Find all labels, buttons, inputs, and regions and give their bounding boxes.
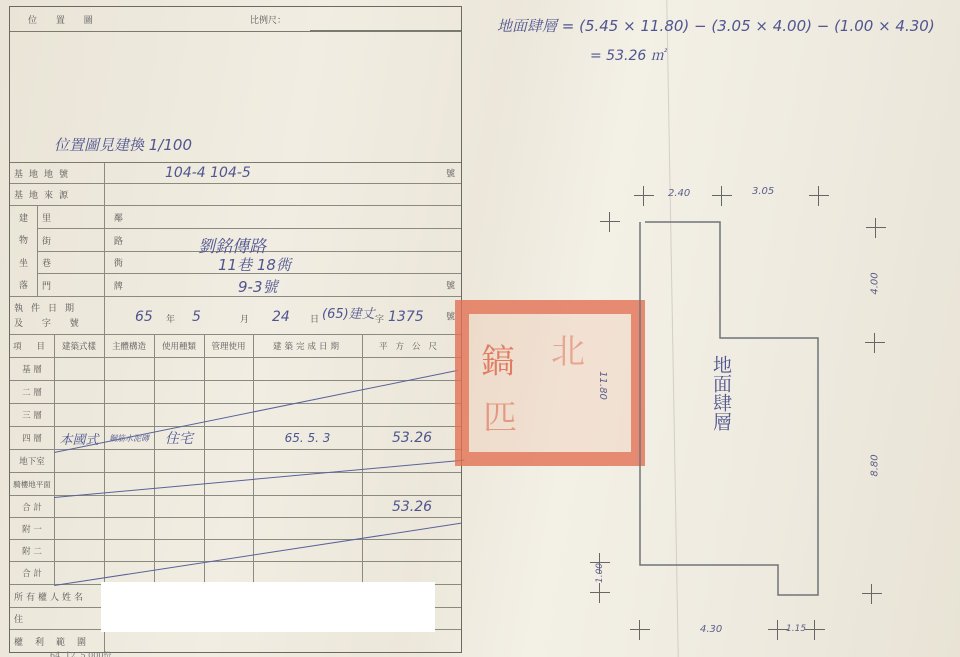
dim-top-right: 3.05 xyxy=(752,186,774,197)
plan-floor-label: 地面肆層 xyxy=(708,355,735,431)
dimension-tick xyxy=(809,186,829,206)
dimension-tick xyxy=(630,620,650,640)
dimension-tick xyxy=(600,212,620,232)
dim-right-upper: 4.00 xyxy=(870,272,881,294)
dim-bottom-right: 1.15 xyxy=(786,624,806,634)
dim-top-left: 2.40 xyxy=(668,188,690,199)
dimension-tick xyxy=(634,186,654,206)
dimension-tick xyxy=(865,333,885,353)
dimension-tick xyxy=(768,620,788,640)
dimension-tick xyxy=(712,186,732,206)
dim-bottom-left: 4.30 xyxy=(700,624,722,635)
dim-left-bottom: 1.00 xyxy=(595,563,605,583)
floor-plan-outline xyxy=(0,0,960,657)
dimension-tick xyxy=(866,218,886,238)
dimension-tick xyxy=(590,583,610,603)
dimension-tick xyxy=(805,620,825,640)
dimension-tick xyxy=(862,584,882,604)
dim-left: 11.80 xyxy=(597,371,608,400)
dim-right-lower: 8.80 xyxy=(870,454,881,476)
